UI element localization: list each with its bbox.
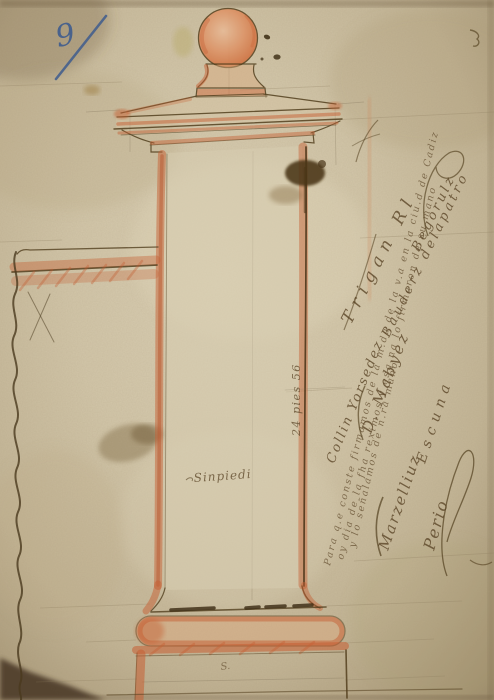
small-stain [84, 85, 100, 95]
chalk-blob [328, 102, 342, 110]
wall-chalk-band2 [16, 274, 154, 281]
fillet-chalk-band [136, 646, 345, 650]
manuscript-svg: 9 24 pies 56 Sinpiedi S. Para q.e conste… [0, 0, 494, 700]
chalk-blob [114, 109, 130, 119]
plinth-mark: S. [220, 661, 231, 673]
manuscript-photo: 9 24 pies 56 Sinpiedi S. Para q.e conste… [0, 0, 494, 700]
right-edge-shadow [488, 0, 494, 700]
plinth-left-chalk [139, 654, 141, 700]
measure-label: 24 pies 56 [290, 363, 303, 437]
yellow-smudge [173, 27, 193, 57]
torus-chalk-blob [136, 618, 164, 644]
top-edge-shadow [0, 0, 494, 7]
bottom-edge-shadow [90, 695, 494, 700]
shaft-fill [164, 146, 302, 590]
